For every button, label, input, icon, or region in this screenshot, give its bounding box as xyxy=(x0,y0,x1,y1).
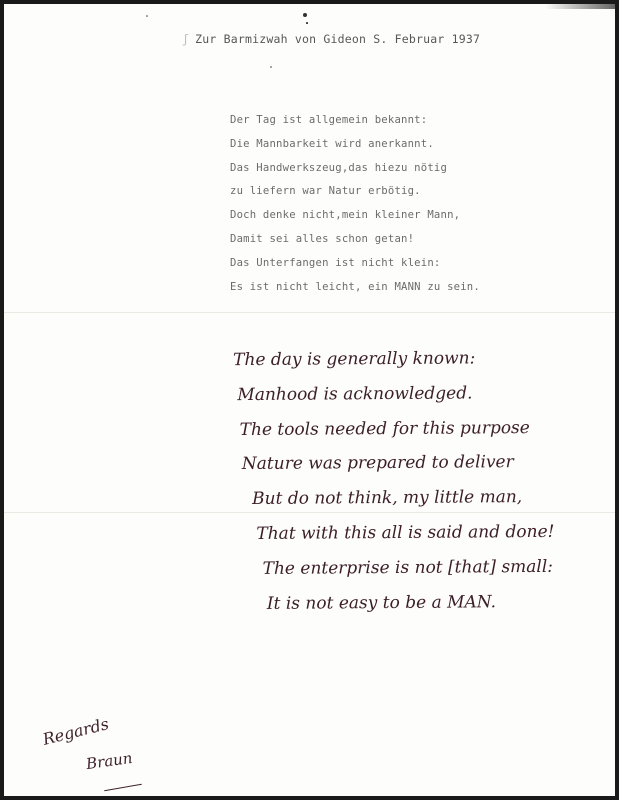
document-page: ʃZur Barmizwah von Gideon S. Februar 193… xyxy=(4,4,615,796)
german-line: Doch denke nicht,mein kleiner Mann, xyxy=(230,204,480,228)
english-line: But do not think, my little man, xyxy=(252,480,554,517)
signature-stroke xyxy=(104,784,142,792)
fold-line xyxy=(4,312,615,313)
signature-regards: Regards xyxy=(41,714,111,749)
english-line: The day is generally known: xyxy=(233,341,553,378)
german-line: Damit sei alles schon getan! xyxy=(230,228,480,252)
title-text: Zur Barmizwah von Gideon S. Februar 1937 xyxy=(195,32,480,46)
document-title: ʃZur Barmizwah von Gideon S. Februar 193… xyxy=(182,32,480,46)
german-line: Die Mannbarkeit wird anerkannt. xyxy=(230,133,480,157)
german-line: Der Tag ist allgemein bekannt: xyxy=(230,109,480,133)
english-line: That with this all is said and done! xyxy=(256,515,554,552)
signature-name: Braun xyxy=(85,749,134,773)
german-line: Das Unterfangen ist nicht klein: xyxy=(230,252,480,276)
german-line: Das Handwerkszeug,das hiezu nötig xyxy=(230,157,480,181)
ink-speck xyxy=(306,22,308,24)
english-line: The enterprise is not [that] small: xyxy=(262,550,554,587)
scan-shadow xyxy=(545,4,615,9)
english-translation: The day is generally known: Manhood is a… xyxy=(227,341,555,622)
english-line: The tools needed for this purpose xyxy=(240,410,554,447)
english-line: Manhood is acknowledged. xyxy=(237,376,553,413)
title-mark: ʃ xyxy=(182,32,189,46)
english-line: Nature was prepared to deliver xyxy=(242,445,554,482)
ink-speck xyxy=(146,15,148,17)
german-line: Es ist nicht leicht, ein MANN zu sein. xyxy=(230,276,480,300)
german-line: zu liefern war Natur erbötig. xyxy=(230,180,480,204)
ink-speck xyxy=(303,13,307,17)
english-line: It is not easy to be a MAN. xyxy=(267,584,555,621)
ink-speck xyxy=(270,66,272,68)
german-poem: Der Tag ist allgemein bekannt: Die Mannb… xyxy=(230,109,480,299)
